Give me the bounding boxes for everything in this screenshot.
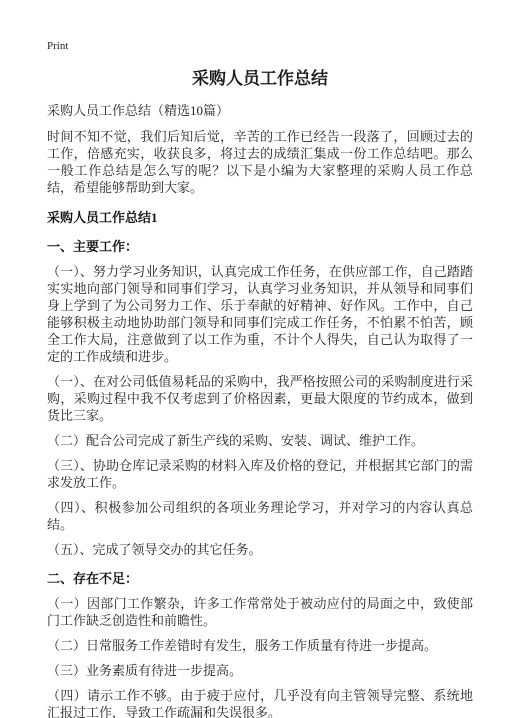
list-paragraph: （四）请示工作不够。由于疲于应付，几乎没有向主管领导完整、系统地汇报过工作，导致… — [47, 687, 473, 718]
subsection-heading-shortcomings: 二、存在不足： — [47, 570, 473, 587]
document-page: Print 采购人员工作总结 采购人员工作总结（精选10篇） 时间不知不觉，我们… — [0, 0, 520, 718]
list-paragraph: （二）日常服务工作差错时有发生，服务工作质量有待进一步提高。 — [47, 637, 473, 654]
section-heading-summary-1: 采购人员工作总结1 — [47, 209, 473, 226]
subsection-heading-main-work: 一、主要工作： — [47, 238, 473, 255]
list-paragraph: （二）配合公司完成了新生产线的采购、安装、调试、维护工作。 — [47, 432, 473, 449]
intro-paragraph: 时间不知不觉，我们后知后觉，辛苦的工作已经告一段落了，回顾过去的工作，倍感充实，… — [47, 128, 473, 196]
list-paragraph: （三）业务素质有待进一步提高。 — [47, 662, 473, 679]
print-link[interactable]: Print — [47, 39, 68, 53]
list-paragraph: （五）、完成了领导交办的其它任务。 — [47, 541, 473, 558]
list-paragraph: （一）因部门工作繁杂，许多工作常常处于被动应付的局面之中，致使部门工作缺乏创造性… — [47, 595, 473, 629]
page-title: 采购人员工作总结 — [47, 68, 473, 90]
list-paragraph: （一）、努力学习业务知识，认真完成工作任务，在供应部工作，自己踏踏实实地向部门领… — [47, 263, 473, 365]
list-paragraph: （四）、积极参加公司组织的各项业务理论学习，并对学习的内容认真总结。 — [47, 499, 473, 533]
list-paragraph: （三）、协助仓库记录采购的材料入库及价格的登记，并根据其它部门的需求发放工作。 — [47, 457, 473, 491]
doc-subtitle: 采购人员工作总结（精选10篇） — [47, 102, 473, 120]
list-paragraph: （一）、在对公司低值易耗品的采购中，我严格按照公司的采购制度进行采购，采购过程中… — [47, 373, 473, 424]
